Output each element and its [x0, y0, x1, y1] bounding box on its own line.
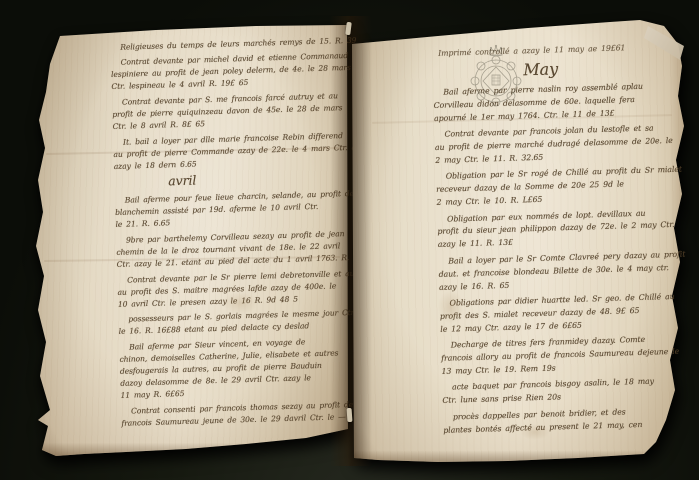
left-page: Religieuses du temps de leurs marchés re… [36, 24, 350, 460]
binding-stitch-bottom [347, 408, 353, 422]
left-page-text: Religieuses du temps de leurs marchés re… [110, 31, 348, 430]
manuscript-photo: Religieuses du temps de leurs marchés re… [0, 0, 699, 480]
crown-control-stamp-icon [466, 44, 526, 108]
month-heading: May [420, 57, 660, 84]
